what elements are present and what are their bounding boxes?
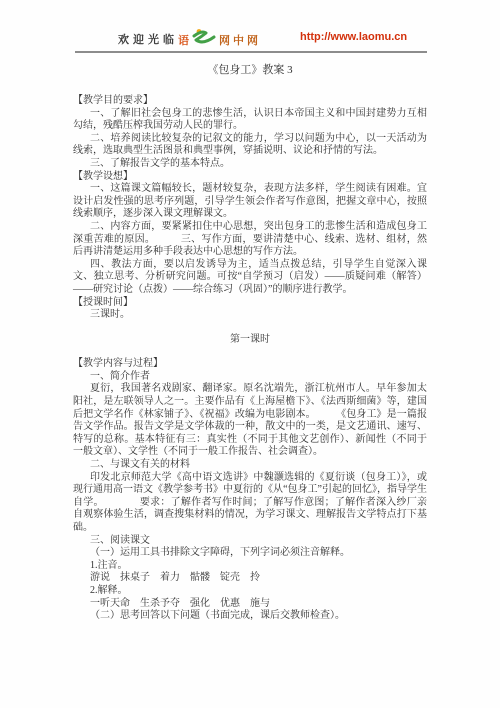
page-title: 《包身工》教案 3	[0, 61, 500, 77]
paragraph: 夏衍，我国著名戏剧家、翻译家。原名沈端先，浙江杭州市人。早年参加太阳社，是左联领…	[73, 383, 427, 459]
section-heading-content-process: 【教学内容与过程】	[73, 358, 427, 371]
logo-text-suffix: 网中网	[219, 32, 261, 48]
site-header: 欢迎光临 语 网中网 http://www.laomu.cn	[0, 28, 500, 48]
section-heading-design: 【教学设想】	[73, 171, 427, 184]
header-divider	[75, 51, 427, 53]
paragraph: 三、阅读课文	[73, 535, 427, 548]
paragraph: 2.解释。	[73, 585, 427, 598]
site-logo[interactable]: 语 网中网	[178, 28, 261, 48]
word-list-explain: 一听天命 生杀予夺 强化 优惠 施与	[73, 598, 427, 611]
paragraph: 一、了解旧社会包身工的悲惨生活，认识日本帝国主义和中国封建势力互相勾结，残酷压榨…	[73, 108, 427, 133]
logo-text-prefix: 语	[178, 32, 189, 48]
paragraph: 一、简介作者	[73, 371, 427, 384]
paragraph: 一、这篇课文篇幅较长，题材较复杂，表现方法多样，学生阅读有困难。宜设计启发性强的…	[73, 183, 427, 221]
paragraph: 1.注音。	[73, 560, 427, 573]
paragraph: 三、了解报告文学的基本特点。	[73, 158, 427, 171]
site-url-link[interactable]: http://www.laomu.cn	[300, 31, 407, 43]
section-heading-class-time: 【授课时间】	[73, 297, 427, 310]
section-heading-objectives: 【教学目的要求】	[73, 95, 427, 108]
document-body: 【教学目的要求】 一、了解旧社会包身工的悲惨生活，认识日本帝国主义和中国封建势力…	[73, 95, 427, 623]
paragraph: （一）运用工具书排除文字障碍，下列字词必须注音解释。	[73, 547, 427, 560]
paragraph: 二、培养阅读比较复杂的记叙文的能力，学习以问题为中心，以一天活动为线索，选取典型…	[73, 133, 427, 158]
paragraph: 二、与课文有关的材料	[73, 459, 427, 472]
lesson-one-title: 第一课时	[73, 334, 427, 347]
paragraph: （二）思考回答以下问题（书面完成，课后交教师检查）。	[73, 610, 427, 623]
welcome-text: 欢迎光临	[118, 31, 178, 47]
paragraph: 四、教法方面，要以启发诱导为主，适当点拨总结，引导学生自觉深入课文、独立思考、分…	[73, 259, 427, 297]
scanned-lesson-plan-page: 欢迎光临 语 网中网 http://www.laomu.cn 《包身工》教案 3…	[0, 0, 500, 708]
word-list-pinyin: 游说 抹桌子 着力 骷髅 锭壳 拎	[73, 572, 427, 585]
paragraph: 二、内容方面，要紧紧扣住中心思想，突出包身工的悲惨生活和造成包身工深重苦难的原因…	[73, 221, 427, 259]
paragraph: 三课时。	[73, 309, 427, 322]
paragraph: 印发北京师范大学《高中语文选讲》中魏灏选辑的《夏衍谈（包身工）》，或现行通用高一…	[73, 472, 427, 535]
logo-swoosh-icon	[191, 28, 217, 48]
